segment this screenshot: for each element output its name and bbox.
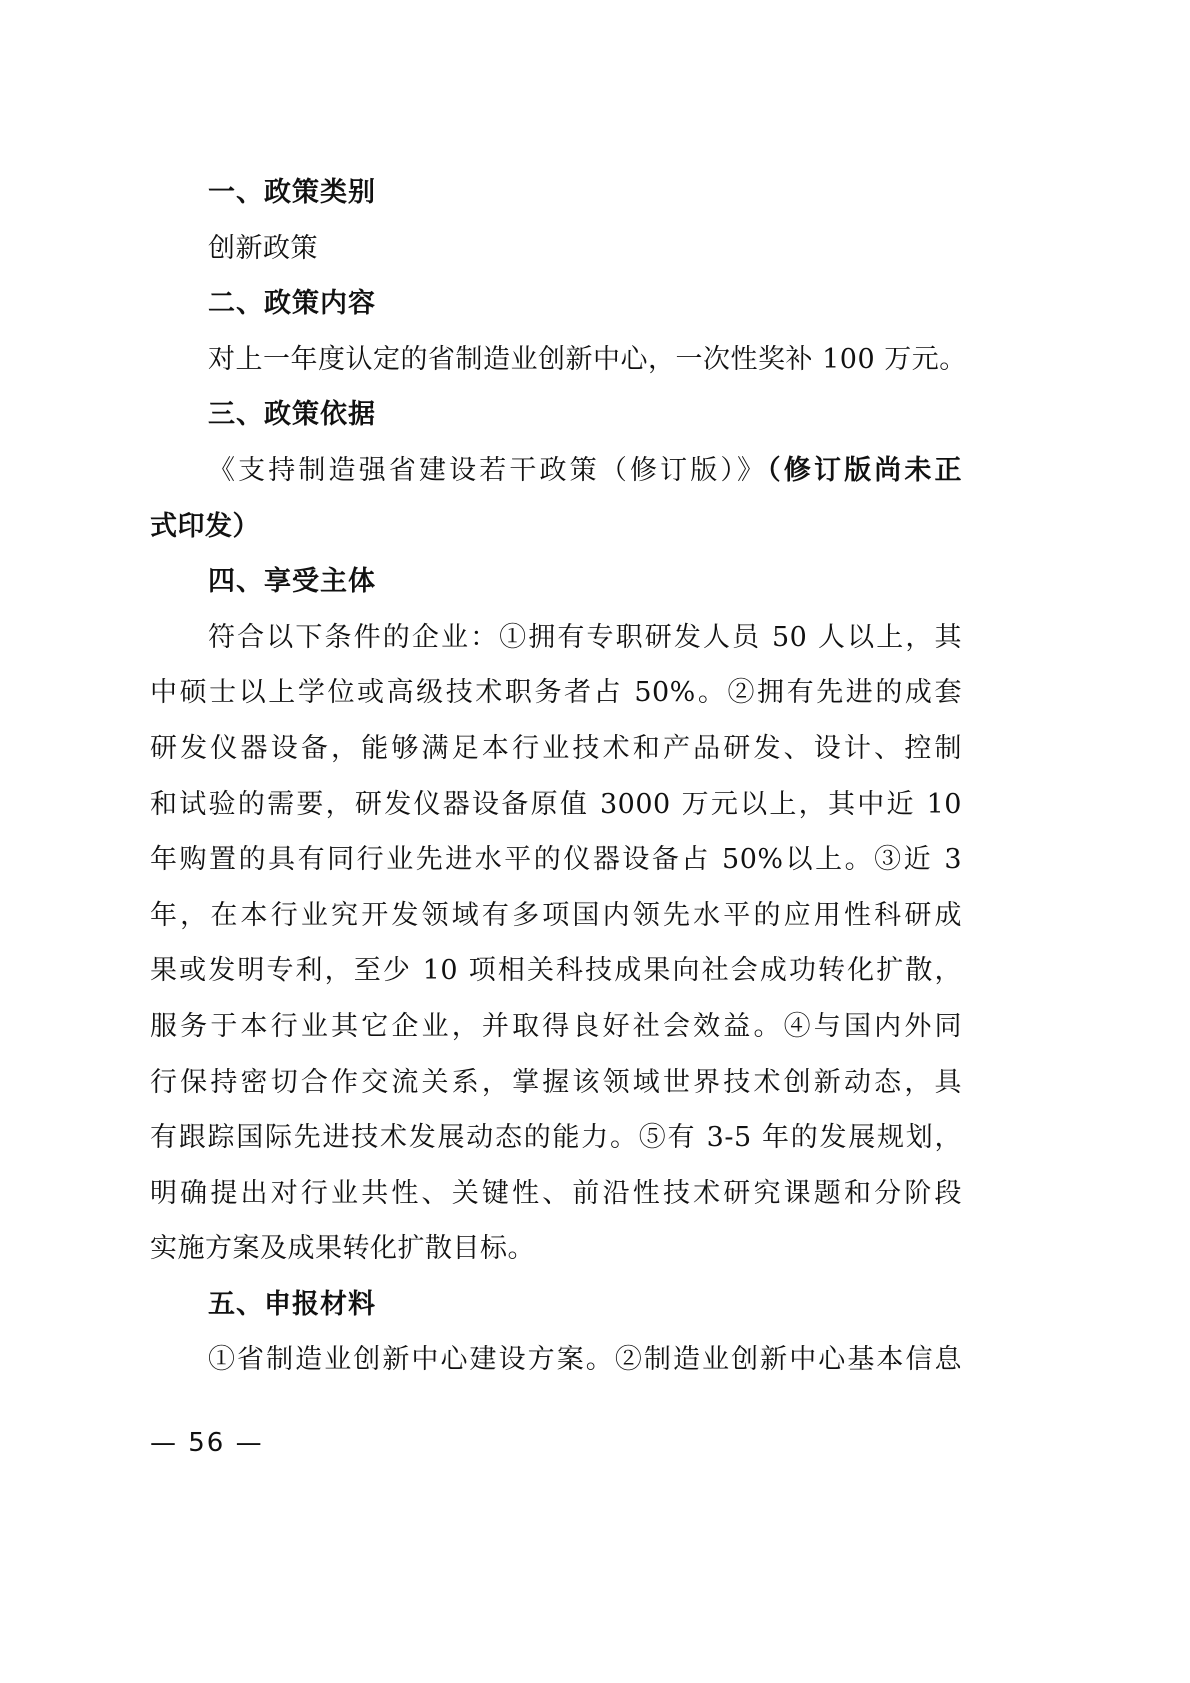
section-heading-policy-basis: 三、政策依据 [150,387,962,443]
policy-basis-note: （修订版尚未正 [767,455,962,486]
policy-basis-title: 《支持制造强省建设若干政策（修订版）》 [208,455,767,486]
page-number: — 56 — [150,1428,264,1458]
section-heading-policy-content: 二、政策内容 [150,276,962,332]
eligible-subjects-line: 和试验的需要，研发仪器设备原值 3000 万元以上，其中近 10 [150,777,962,833]
eligible-subjects-line: 年购置的具有同行业先进水平的仪器设备占 50%以上。③近 3 [150,832,962,888]
section-body-policy-basis-line1: 《支持制造强省建设若干政策（修订版）》（修订版尚未正 [150,443,962,499]
eligible-subjects-line: 符合以下条件的企业：①拥有专职研发人员 50 人以上，其 [150,610,962,666]
document-page: 一、政策类别 创新政策 二、政策内容 对上一年度认定的省制造业创新中心，一次性奖… [150,165,962,1388]
eligible-subjects-line: 明确提出对行业共性、关键性、前沿性技术研究课题和分阶段 [150,1166,962,1222]
section-body-policy-basis-line2: 式印发） [150,499,962,555]
eligible-subjects-line: 研发仪器设备，能够满足本行业技术和产品研发、设计、控制 [150,721,962,777]
section-body-policy-content: 对上一年度认定的省制造业创新中心，一次性奖补 100 万元。 [150,332,962,388]
eligible-subjects-line: 果或发明专利，至少 10 项相关科技成果向社会成功转化扩散， [150,943,962,999]
eligible-subjects-line: 服务于本行业其它企业，并取得良好社会效益。④与国内外同 [150,999,962,1055]
eligible-subjects-line: 有跟踪国际先进技术发展动态的能力。⑤有 3-5 年的发展规划， [150,1110,962,1166]
section-heading-eligible-subjects: 四、享受主体 [150,554,962,610]
eligible-subjects-line: 实施方案及成果转化扩散目标。 [150,1221,962,1277]
section-heading-policy-category: 一、政策类别 [150,165,962,221]
eligible-subjects-line: 年，在本行业究开发领域有多项国内领先水平的应用性科研成 [150,888,962,944]
section-heading-application-materials: 五、申报材料 [150,1277,962,1333]
eligible-subjects-line: 中硕士以上学位或高级技术职务者占 50%。②拥有先进的成套 [150,665,962,721]
application-materials-line: ①省制造业创新中心建设方案。②制造业创新中心基本信息 [150,1332,962,1388]
section-body-policy-category: 创新政策 [150,221,962,277]
eligible-subjects-line: 行保持密切合作交流关系，掌握该领域世界技术创新动态，具 [150,1055,962,1111]
policy-basis-note-cont: 式印发） [150,511,260,542]
